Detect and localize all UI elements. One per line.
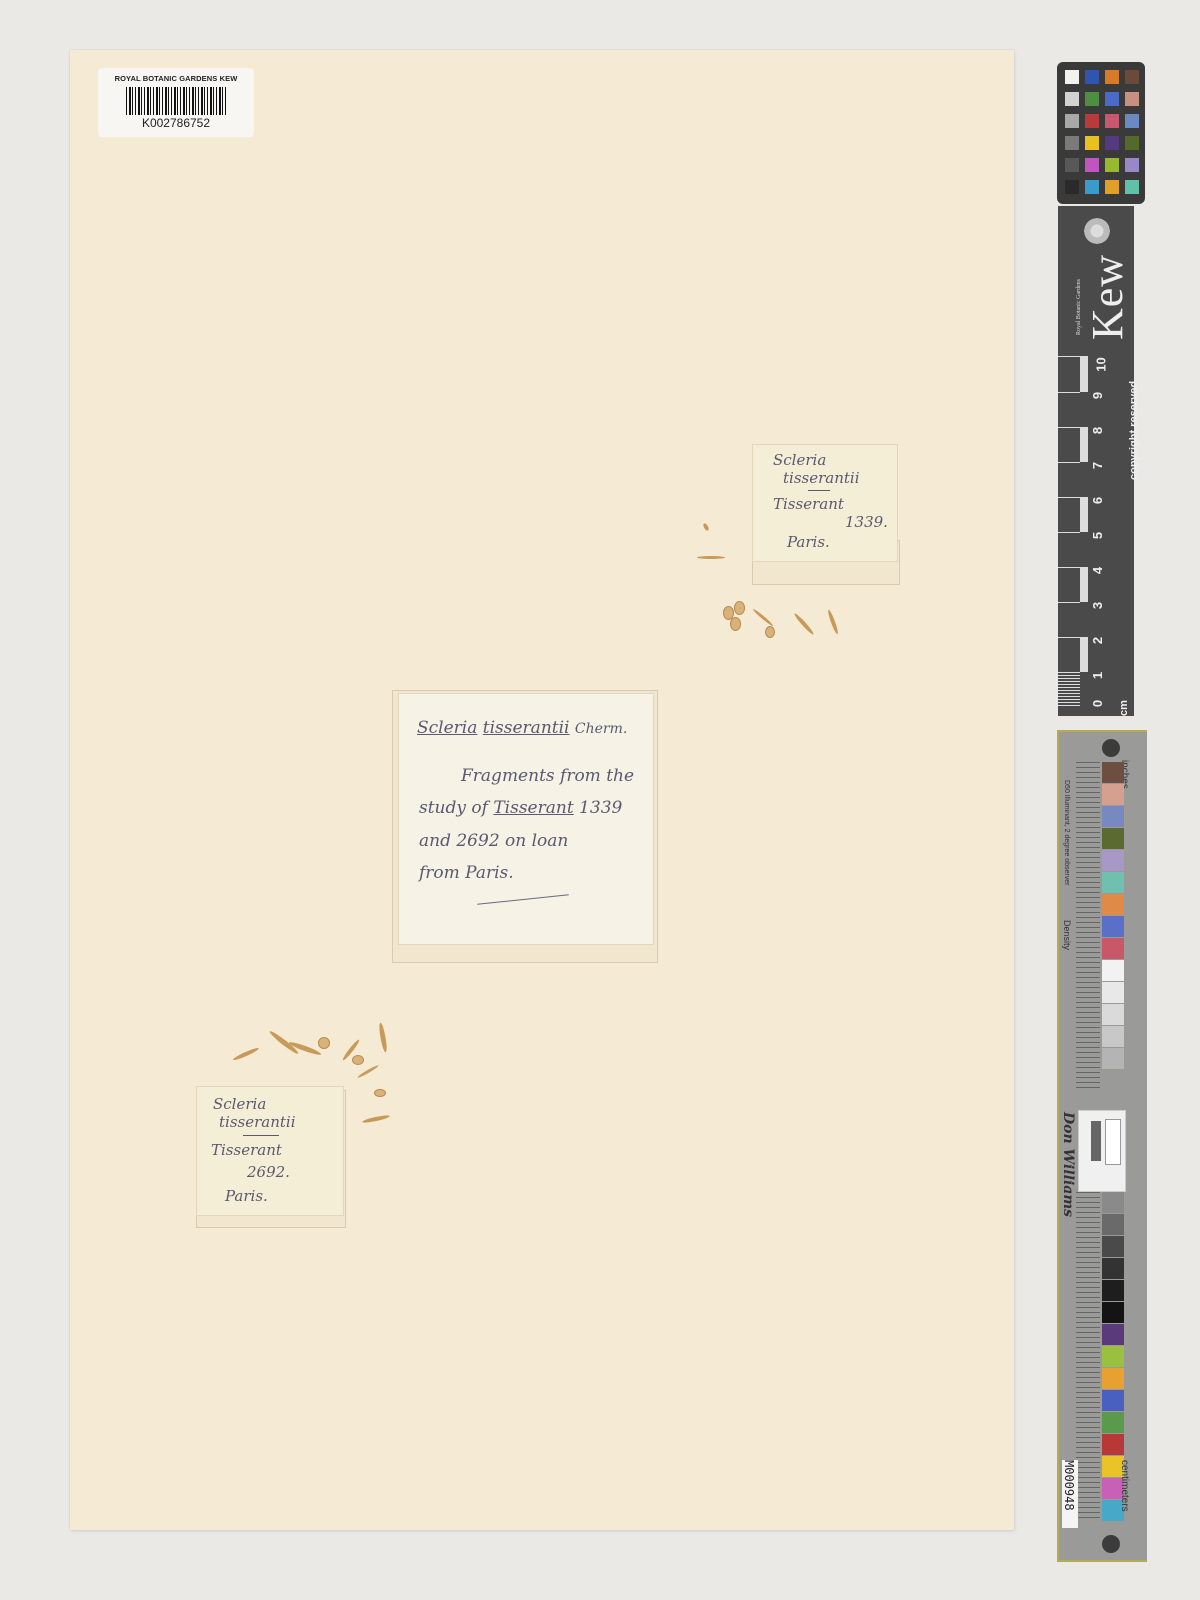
determination-label: Scleria tisserantii Cherm. Fragments fro… — [398, 693, 654, 945]
seed — [765, 626, 775, 638]
color-swatch — [1105, 92, 1119, 106]
color-swatch — [1085, 180, 1099, 194]
color-patch — [1102, 938, 1124, 959]
color-swatch — [1125, 114, 1139, 128]
color-patch — [1102, 1412, 1124, 1433]
copyright-text: copyright reserved — [1128, 381, 1140, 480]
barcode-icon — [126, 87, 226, 115]
color-patch — [1102, 1368, 1124, 1389]
color-swatch — [1065, 180, 1079, 194]
color-patch — [1102, 872, 1124, 893]
target-id: M000948 — [1062, 1460, 1076, 1511]
target-hole — [1102, 1535, 1120, 1553]
color-patch — [1102, 828, 1124, 849]
color-swatch — [1125, 70, 1139, 84]
color-patch — [1102, 1302, 1124, 1323]
barcode-number: K002786752 — [98, 116, 254, 130]
color-swatch — [1105, 70, 1119, 84]
centimeters-label: centimeters — [1119, 1460, 1130, 1512]
color-swatch — [1085, 70, 1099, 84]
seed — [734, 601, 745, 615]
color-patch — [1102, 850, 1124, 871]
label-species: tisserantii — [783, 469, 860, 487]
color-checker — [1057, 62, 1145, 204]
label-divider — [243, 1135, 279, 1136]
density-values-grid — [1076, 762, 1100, 1092]
det-line-2-pre: study of — [419, 798, 493, 818]
packet-label-1339: Scleria tisserantii Tisserant 1339. Pari… — [752, 444, 898, 562]
color-patch — [1102, 1434, 1124, 1455]
cm-unit-label: cm — [1118, 700, 1130, 716]
cm-mark-4: 4 — [1090, 567, 1105, 574]
color-swatch — [1065, 70, 1079, 84]
label-collector: Tisserant — [211, 1141, 282, 1159]
label-collector: Tisserant — [773, 495, 844, 513]
target-id-label: M000948 — [1062, 1460, 1078, 1528]
color-swatch — [1125, 136, 1139, 150]
color-patch — [1102, 1026, 1124, 1047]
color-patch — [1102, 1258, 1124, 1279]
label-number: 2692. — [247, 1163, 290, 1181]
color-swatch — [1065, 136, 1079, 150]
label-herbarium: Paris. — [225, 1187, 268, 1205]
color-swatch — [1105, 180, 1119, 194]
cm-mark-1: 1 — [1090, 672, 1105, 679]
color-patch — [1102, 1192, 1124, 1213]
cm-mark-6: 6 — [1090, 497, 1105, 504]
seed — [374, 1089, 386, 1097]
mini-gray-target — [1078, 1110, 1126, 1192]
det-species: tisserantii — [483, 718, 570, 738]
color-swatch — [1065, 92, 1079, 106]
density-values-grid — [1076, 1192, 1100, 1522]
seed — [352, 1055, 364, 1065]
color-swatch — [1085, 114, 1099, 128]
cm-mark-3: 3 — [1090, 602, 1105, 609]
cm-mark-2: 2 — [1090, 637, 1105, 644]
color-patch — [1102, 1390, 1124, 1411]
color-swatch — [1065, 114, 1079, 128]
institution-name: ROYAL BOTANIC GARDENS KEW — [98, 74, 254, 83]
color-swatch — [1065, 158, 1079, 172]
color-swatch — [1085, 92, 1099, 106]
det-line-2-post: 1339 — [574, 798, 623, 818]
cm-mark-8: 8 — [1090, 427, 1105, 434]
det-author: Cherm. — [575, 721, 627, 737]
color-patch — [1102, 916, 1124, 937]
color-patch — [1102, 1214, 1124, 1235]
color-patch — [1102, 1048, 1124, 1069]
color-swatch — [1105, 158, 1119, 172]
color-patch — [1102, 806, 1124, 827]
color-swatch — [1105, 114, 1119, 128]
kew-subtitle: Royal Botanic Gardens — [1076, 279, 1082, 335]
plant-fragment — [697, 556, 725, 559]
kew-logo: Kew — [1082, 254, 1133, 340]
cm-mark-10: 10 — [1094, 357, 1109, 371]
det-underline — [477, 894, 569, 905]
cm-mark-9: 9 — [1090, 392, 1105, 399]
barcode-label: ROYAL BOTANIC GARDENS KEW K002786752 — [98, 68, 254, 137]
det-line-3: and 2692 on loan — [419, 831, 568, 851]
label-divider — [808, 490, 830, 491]
royal-crest-icon — [1082, 216, 1112, 246]
color-patch — [1102, 784, 1124, 805]
cm-mark-0: 0 — [1090, 700, 1105, 707]
color-patch — [1102, 1346, 1124, 1367]
color-swatch — [1125, 180, 1139, 194]
det-genus: Scleria — [417, 718, 477, 738]
cm-mark-7: 7 — [1090, 462, 1105, 469]
color-swatch — [1125, 158, 1139, 172]
color-patch — [1102, 1324, 1124, 1345]
label-genus: Scleria — [773, 451, 826, 469]
label-number: 1339. — [845, 513, 888, 531]
color-swatch — [1085, 136, 1099, 150]
seed — [318, 1037, 330, 1049]
det-line-2-collector: Tisserant — [493, 798, 573, 818]
det-line-1: Fragments from the — [461, 766, 634, 786]
label-genus: Scleria — [213, 1095, 266, 1113]
seed — [730, 617, 741, 631]
illuminant-text: D50 Illuminant, 2 degree observer — [1063, 780, 1070, 885]
color-swatch — [1085, 158, 1099, 172]
density-label: Density — [1062, 920, 1072, 950]
cm-ruler — [1058, 356, 1088, 708]
color-patch — [1102, 1004, 1124, 1025]
label-herbarium: Paris. — [787, 533, 830, 551]
det-line-4: from Paris. — [419, 863, 514, 883]
color-patch — [1102, 960, 1124, 981]
color-patch — [1102, 762, 1124, 783]
color-patch — [1102, 894, 1124, 915]
label-species: tisserantii — [219, 1113, 296, 1131]
color-patch — [1102, 1280, 1124, 1301]
don-williams-brand: Don Williams — [1060, 1112, 1076, 1217]
target-hole — [1102, 739, 1120, 757]
cm-mark-5: 5 — [1090, 532, 1105, 539]
color-patch — [1102, 982, 1124, 1003]
color-patch — [1102, 1236, 1124, 1257]
packet-label-2692: Scleria tisserantii Tisserant 2692. Pari… — [196, 1086, 344, 1216]
color-swatch — [1125, 92, 1139, 106]
color-swatch — [1105, 136, 1119, 150]
